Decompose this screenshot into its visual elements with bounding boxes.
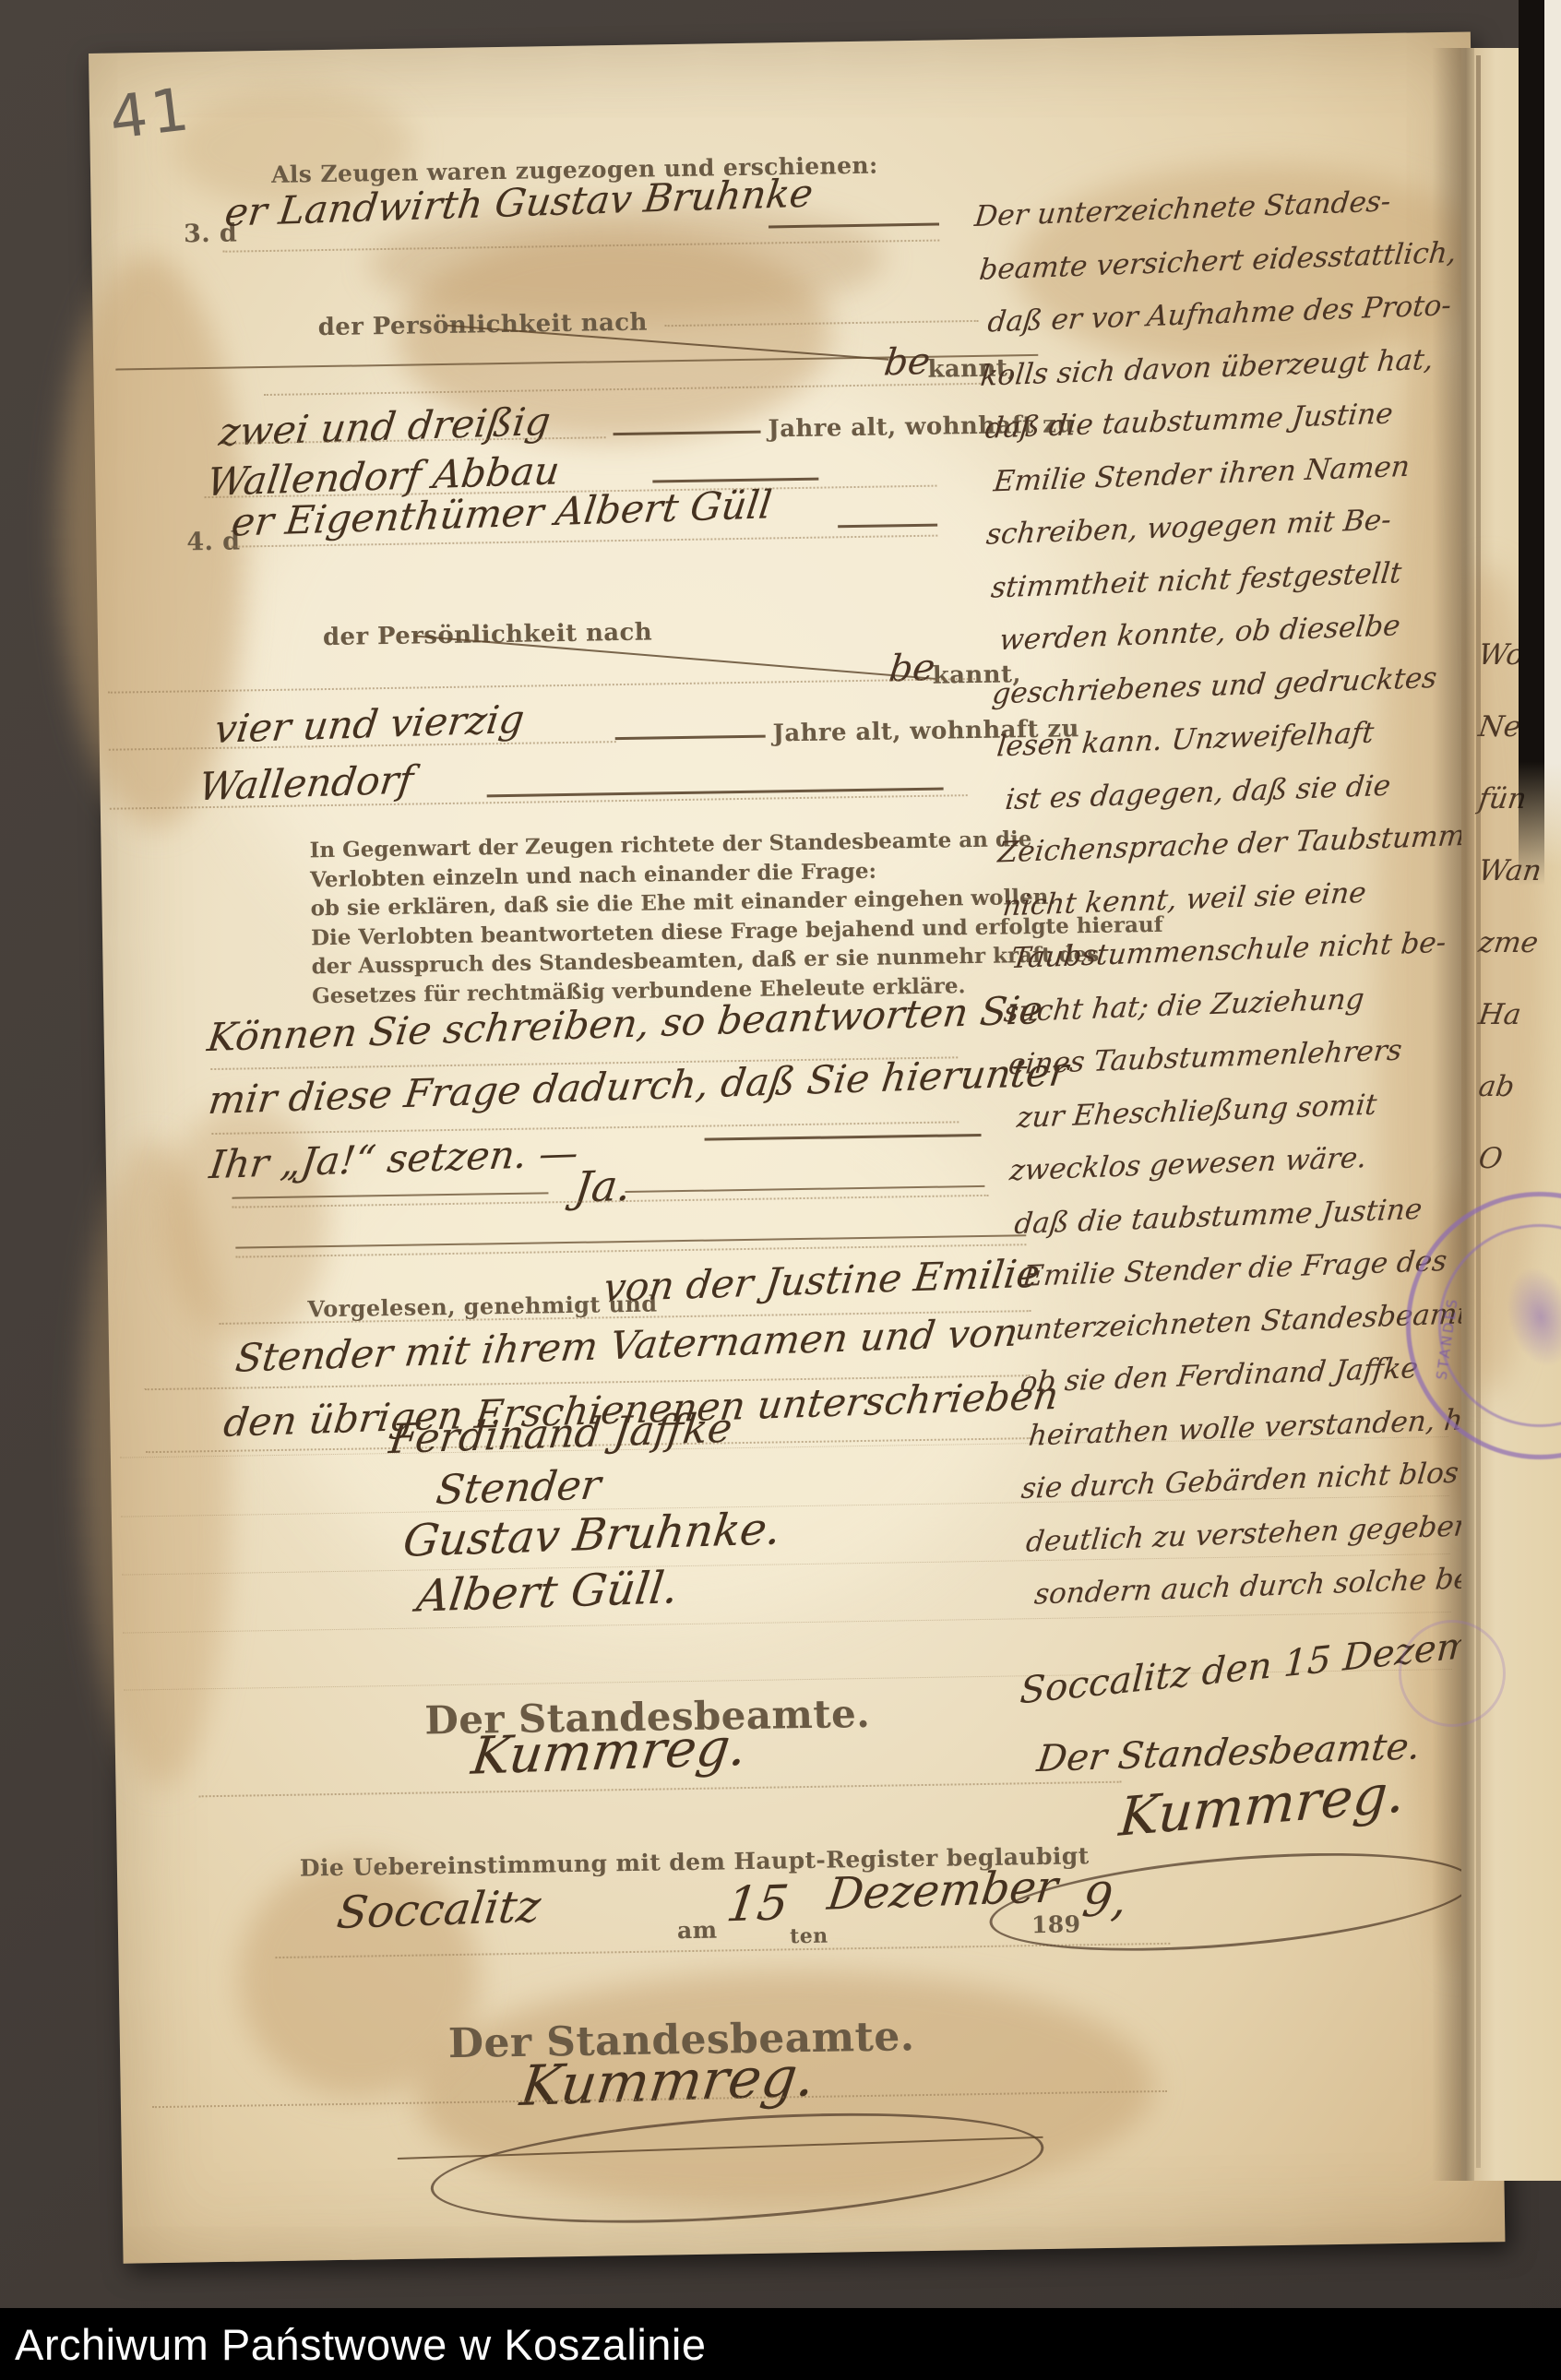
pencil-page-number: 41 [106,76,197,153]
known-handwritten-1: be [882,340,933,385]
filler-dash [705,1134,982,1141]
page-edge-sliver [1544,0,1561,867]
dotted-rule [275,1943,1170,1958]
dotted-rule [211,1121,959,1135]
ink-leader-stroke [415,636,937,681]
water-stain [161,1101,330,1344]
answer-ja: Ja. [572,1160,634,1212]
answer-rule-left [232,1192,548,1198]
archive-caption-text: Archiwum Państwowe w Koszalinie [15,2319,707,2370]
dotted-rule [665,320,979,327]
page-fold-line [1476,55,1481,2168]
witness4-residence-handwriting: Wallendorf [197,756,416,809]
binding-dark-band [1519,0,1544,886]
archive-caption-bar: Archiwum Państwowe w Koszalinie [0,2308,1561,2380]
water-stain [78,1140,236,1788]
faint-stamp-impression [1399,1620,1506,1727]
scanned-document-photo: WoNebfünWanzmeHaabO 41 Als Zeugen waren … [0,0,1561,2380]
dotted-rule [108,678,975,694]
filler-dash [615,735,766,741]
dotted-rule [222,240,939,253]
certification-place: Soccalitz [334,1881,543,1939]
ink-leader-stroke [447,325,889,361]
certification-ten: ten [790,1924,828,1949]
certification-day: 15 [723,1875,792,1933]
witness3-age-handwriting: zwei und dreißig [217,399,554,455]
register-page: 41 Als Zeugen waren zugezogen und erschi… [89,31,1505,2263]
handwriting-fragment: zme [1472,926,1544,998]
answer-rule-right [625,1185,984,1193]
registrar-signature-2: Kummreg. [517,2044,818,2119]
known-handwritten-2: be [887,647,937,691]
filler-dash [838,524,937,529]
certification-am: am [677,1917,718,1945]
signature-stender: Stender [434,1461,603,1514]
dotted-rule [199,1781,1122,1798]
handwriting-fragment: ab [1472,1070,1544,1142]
registrar-signature-1: Kummreg. [469,1718,750,1787]
question-line-2: mir diese Frage dadurch, daß Sie hierunt… [206,1049,1070,1123]
filler-dash [769,223,939,229]
handwriting-fragment: Ha [1472,998,1544,1070]
identity-label-2: der Persönlichkeit nach [323,618,653,651]
question-line-3: Ihr „Ja!“ setzen. — [207,1130,580,1187]
acknowledgement-hw-1: von der Justine Emilie [601,1251,1042,1311]
declaration-paragraph: In Gegenwart der Zeugen richtete der Sta… [309,824,1078,1010]
signature-albert-guell: Albert Güll. [414,1562,681,1622]
filler-dash [614,431,761,436]
book-gutter-shadow [1432,48,1474,2181]
dotted-rule [264,383,983,396]
